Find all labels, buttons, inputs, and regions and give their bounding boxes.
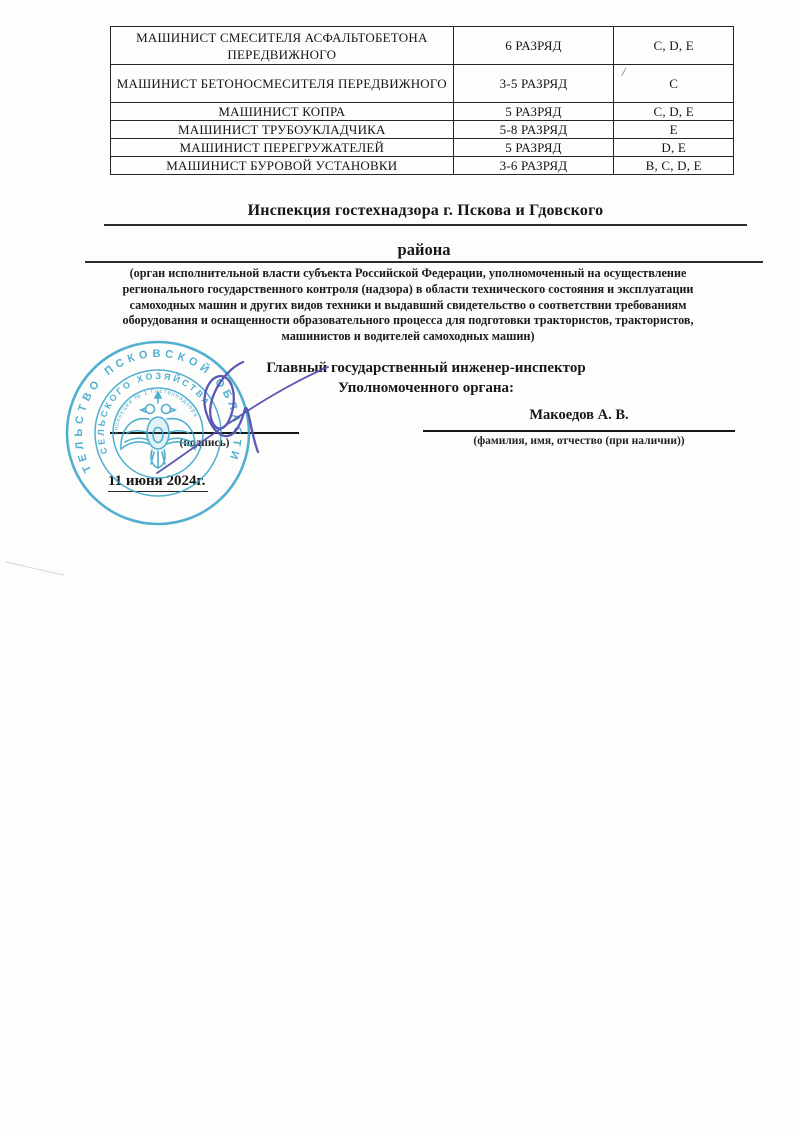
profession-cell: МАШИНИСТ ТРУБОУКЛАДЧИКА <box>111 121 454 139</box>
categories-cell: C <box>614 65 734 103</box>
grade-cell: 3-6 РАЗРЯД <box>453 157 614 175</box>
categories-cell: C, D, E <box>614 103 734 121</box>
authority-description: (орган исполнительной власти субъекта Ро… <box>80 266 736 345</box>
categories-cell: E <box>614 121 734 139</box>
profession-cell: МАШИНИСТ СМЕСИТЕЛЯ АСФАЛЬТОБЕТОНА ПЕРЕДВ… <box>111 27 454 65</box>
grade-cell: 5 РАЗРЯД <box>453 103 614 121</box>
profession-cell: МАШИНИСТ КОПРА <box>111 103 454 121</box>
grade-cell: 5-8 РАЗРЯД <box>453 121 614 139</box>
profession-cell: МАШИНИСТ БЕТОНОСМЕСИТЕЛЯ ПЕРЕДВИЖНОГО <box>111 65 454 103</box>
signature-loop-stroke <box>204 362 258 452</box>
description-line: регионального государственного контроля … <box>80 282 736 298</box>
name-rule-line <box>423 430 735 432</box>
table-row: МАШИНИСТ ПЕРЕГРУЖАТЕЛЕЙ 5 РАЗРЯД D, E <box>111 139 734 157</box>
table-row: МАШИНИСТ ТРУБОУКЛАДЧИКА 5-8 РАЗРЯД E <box>111 121 734 139</box>
categories-cell: B, C, D, E <box>614 157 734 175</box>
description-line: (орган исполнительной власти субъекта Ро… <box>80 266 736 282</box>
grade-cell: 3-5 РАЗРЯД <box>453 65 614 103</box>
description-line: оборудования и оснащенности образователь… <box>80 313 736 329</box>
table-row: МАШИНИСТ БЕТОНОСМЕСИТЕЛЯ ПЕРЕДВИЖНОГО 3-… <box>111 65 734 103</box>
categories-cell: C, D, E <box>614 27 734 65</box>
name-caption: (фамилия, имя, отчество (при наличии)) <box>423 435 735 447</box>
grade-cell: 6 РАЗРЯД <box>453 27 614 65</box>
description-line: самоходных машин и других видов техники … <box>80 298 736 314</box>
categories-cell: D, E <box>614 139 734 157</box>
signatory-name: Макоедов А. В. <box>423 407 735 424</box>
scanned-document-page: МАШИНИСТ СМЕСИТЕЛЯ АСФАЛЬТОБЕТОНА ПЕРЕДВ… <box>0 0 800 1131</box>
table-row: МАШИНИСТ БУРОВОЙ УСТАНОВКИ 3-6 РАЗРЯД B,… <box>111 157 734 175</box>
authority-name-line1: Инспекция гостехнадзора г. Пскова и Гдов… <box>104 202 747 226</box>
profession-cell: МАШИНИСТ ПЕРЕГРУЖАТЕЛЕЙ <box>111 139 454 157</box>
authority-name-line2: района <box>85 240 763 263</box>
table-row: МАШИНИСТ СМЕСИТЕЛЯ АСФАЛЬТОБЕТОНА ПЕРЕДВ… <box>111 27 734 65</box>
handwritten-signature <box>140 352 340 484</box>
profession-cell: МАШИНИСТ БУРОВОЙ УСТАНОВКИ <box>111 157 454 175</box>
scan-scratch-mark <box>4 552 68 582</box>
grade-cell: 5 РАЗРЯД <box>453 139 614 157</box>
table-row: МАШИНИСТ КОПРА 5 РАЗРЯД C, D, E <box>111 103 734 121</box>
qualification-table: МАШИНИСТ СМЕСИТЕЛЯ АСФАЛЬТОБЕТОНА ПЕРЕДВ… <box>110 26 734 175</box>
